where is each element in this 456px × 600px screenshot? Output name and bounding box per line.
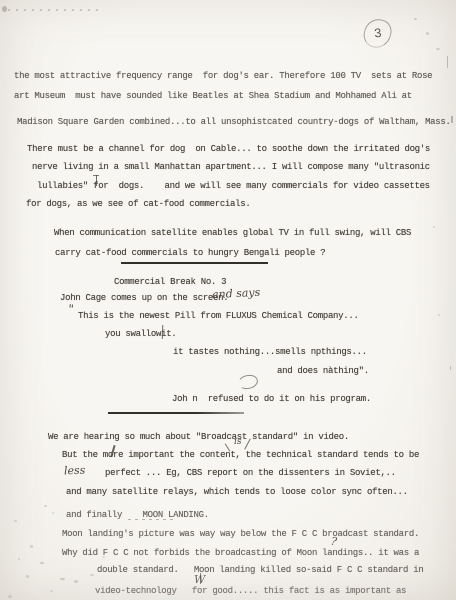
handwritten-quote-mark: " [67, 302, 74, 317]
scan-speck [436, 48, 440, 50]
scan-speck [90, 574, 94, 576]
scan-smudge [128, 519, 174, 520]
page-number: 3 [373, 26, 382, 42]
scan-speck [14, 520, 17, 522]
scan-speck [414, 18, 417, 20]
typed-line: carry cat-food commercials to hungry Ben… [55, 248, 325, 258]
typed-line: This is the newest Pill from FLUXUS Chem… [78, 311, 359, 321]
handwritten-and-says: and says [212, 286, 261, 302]
typed-line: We are hearing so much about "Broadcast … [48, 432, 349, 442]
typed-line: video-technology for good..... this fact… [95, 586, 406, 596]
typed-line: for dogs, as we see of cat-food commerci… [26, 199, 250, 209]
handwritten-less: less [64, 464, 86, 478]
insertion-stroke [200, 573, 201, 584]
typed-line: Moon landing's picture was way way below… [62, 529, 419, 539]
scan-speck [74, 580, 78, 583]
scan-smudge-top [8, 9, 100, 11]
page-number-circle: 3 [361, 16, 394, 51]
scan-speck [60, 578, 65, 580]
typed-line: double standard. Moon landing killed so-… [97, 565, 423, 575]
typed-line: Joh n refused to do it on his program. [172, 394, 371, 404]
typed-line: nerve living in a small Manhattan apartm… [32, 162, 430, 172]
scan-speck [8, 595, 12, 598]
typed-line: art Museum must have sounded like Beatle… [14, 91, 412, 101]
correction-loop [237, 373, 259, 391]
scan-speck [450, 366, 451, 370]
separator-line [121, 262, 268, 264]
scan-speck [26, 575, 29, 578]
handwritten-question-mark: ? [330, 535, 338, 549]
scan-speck [451, 116, 453, 123]
scan-speck [30, 545, 33, 548]
typed-line: and many satellite relays, which tends t… [66, 487, 408, 497]
scan-speck [44, 505, 47, 507]
typed-line: When communication satellite enables glo… [54, 228, 411, 238]
insertion-stroke [93, 175, 99, 176]
typed-line: and does nàthing". [277, 366, 369, 376]
handwritten-is: is [234, 437, 242, 447]
typed-line: it tastes nothing...smells npthings... [173, 347, 367, 357]
typed-line: Commercial Break No. 3 [114, 277, 226, 287]
typed-line: There must be a channel for dog on Cable… [27, 144, 430, 154]
scan-speck [433, 226, 435, 228]
typed-line: But the more important the content, the … [62, 450, 419, 460]
typed-line: Madison Square Garden combined...to all … [17, 117, 451, 127]
scan-speck [40, 562, 44, 564]
typed-line: perfect ... Eg, CBS report on the dissen… [105, 468, 396, 478]
scan-speck [102, 556, 105, 558]
scan-speck [52, 512, 54, 514]
scan-speck [18, 558, 20, 560]
insertion-stroke [96, 175, 97, 186]
scan-speck [426, 32, 429, 35]
scan-speck [447, 56, 448, 68]
scan-speck [438, 314, 440, 316]
scan-speck [2, 6, 7, 12]
typed-line: you swallowit. [105, 329, 176, 339]
document-page: 3 the most attractive frequency range fo… [0, 0, 456, 600]
scan-speck [50, 590, 53, 592]
typed-line: Why did F C C not forbids the broadcasti… [62, 548, 419, 558]
separator-line [108, 412, 244, 414]
typed-line: the most attractive frequency range for … [14, 71, 432, 81]
typed-line: John Cage comes up on the screen. [60, 293, 228, 303]
